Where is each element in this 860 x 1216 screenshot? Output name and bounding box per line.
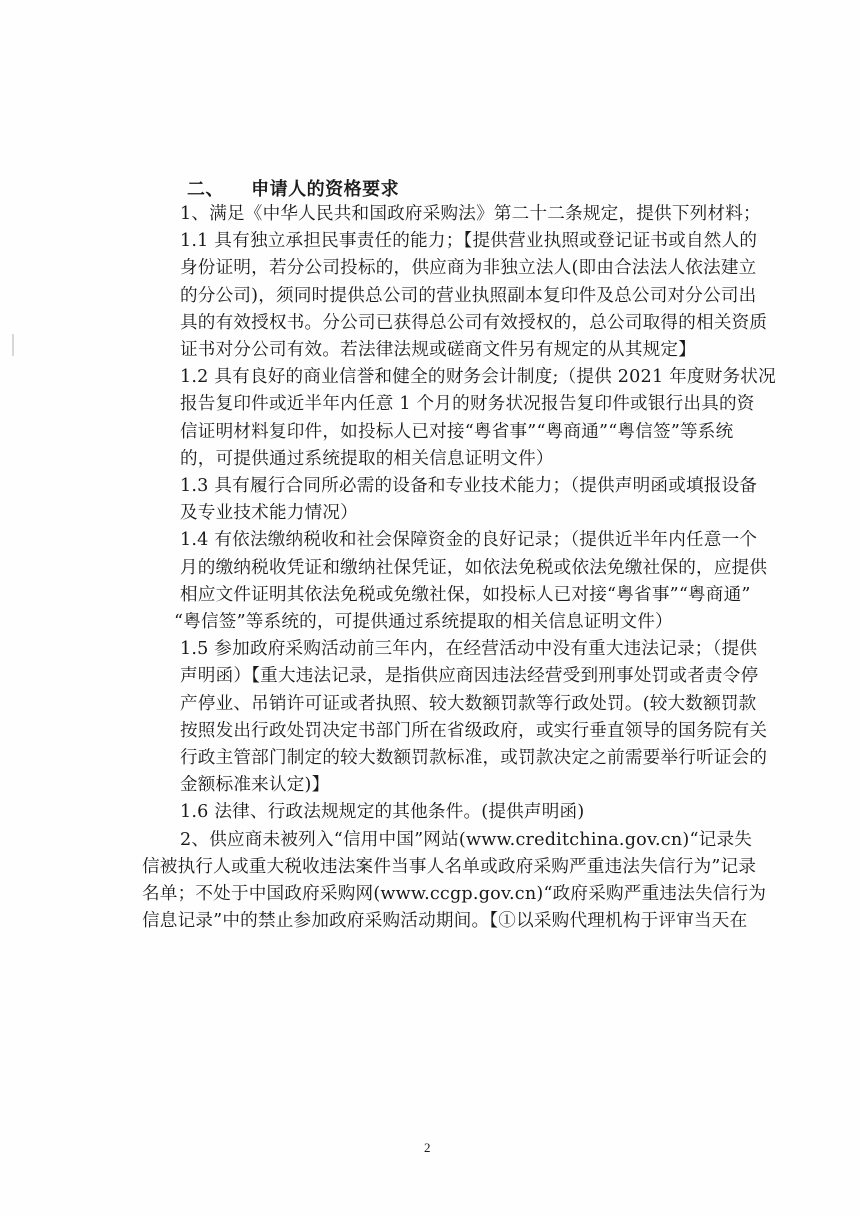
page-number: 2 [424, 1140, 431, 1156]
paragraph-line: 声明函）【重大违法记录，是指供应商因违法经营受到刑事处罚或者责令停 [180, 665, 758, 687]
paragraph-line: 相应文件证明其依法免税或免缴社保，如投标人已对接“粤省事”“粤商通” [180, 584, 751, 606]
paragraph-line: 金额标准来认定)】 [180, 774, 329, 796]
paragraph-line: 1.4 有依法缴纳税收和社会保障资金的良好记录；（提供近半年内任意一个 [180, 529, 757, 551]
paragraph-line: 行政主管部门制定的较大数额罚款标准，或罚款决定之前需要举行听证会的 [180, 747, 767, 769]
paragraph-line: 1.5 参加政府采购活动前三年内，在经营活动中没有重大违法记录；（提供 [180, 638, 757, 660]
paragraph-line: “粤信签”等系统的，可提供通过系统提取的相关信息证明文件） [174, 611, 673, 633]
scan-artifact [12, 334, 14, 356]
paragraph-line: 月的缴纳税收凭证和缴纳社保凭证，如依法免税或依法免缴社保的，应提供 [180, 557, 767, 579]
paragraph-line: 身份证明，若分公司投标的，供应商为非独立法人(即由合法法人依法建立 [180, 257, 756, 279]
paragraph-line: 名单；不处于中国政府采购网(www.ccgp.gov.cn)“政府采购严重违法失… [142, 883, 766, 905]
paragraph-line: 2、供应商未被列入“信用中国”网站(www.creditchina.gov.cn… [180, 829, 752, 851]
paragraph-line: 按照发出行政处罚决定书部门所在省级政府，或实行垂直领导的国务院有关 [180, 720, 767, 742]
paragraph-line: 产停业、吊销许可证或者执照、较大数额罚款等行政处罚。(较大数额罚款 [180, 693, 756, 715]
paragraph-line: 的分公司)，须同时提供总公司的营业执照副本复印件及总公司对分公司出 [180, 285, 756, 307]
paragraph-line: 报告复印件或近半年内任意 1 个月的财务状况报告复印件或银行出具的资 [180, 393, 755, 415]
paragraph-line: 的，可提供通过系统提取的相关信息证明文件） [180, 448, 554, 470]
paragraph-line: 1、满足《中华人民共和国政府采购法》第二十二条规定，提供下列材料； [180, 203, 738, 225]
paragraph-line: 信被执行人或重大税收违法案件当事人名单或政府采购严重违法失信行为”记录 [142, 856, 756, 878]
paragraph-line: 1.1 具有独立承担民事责任的能力；【提供营业执照或登记证书或自然人的 [180, 230, 757, 252]
paragraph-line: 1.2 具有良好的商业信誉和健全的财务会计制度;（提供 2021 年度财务状况 [180, 366, 776, 388]
paragraph-line: 1.6 法律、行政法规规定的其他条件。(提供声明函) [180, 801, 584, 823]
section-heading: 二、 申请人的资格要求 [187, 175, 399, 201]
paragraph-line: 具的有效授权书。分公司已获得总公司有效授权的，总公司取得的相关资质 [180, 312, 767, 334]
document-page: 二、 申请人的资格要求 1、满足《中华人民共和国政府采购法》第二十二条规定，提供… [0, 0, 860, 1216]
paragraph-line: 信息记录”中的禁止参加政府采购活动期间。【①以采购代理机构于评审当天在 [142, 910, 747, 932]
paragraph-line: 证书对分公司有效。若法律法规或磋商文件另有规定的从其规定】 [180, 339, 696, 361]
paragraph-line: 及专业技术能力情况） [180, 502, 358, 524]
paragraph-line: 信证明材料复印件，如投标人已对接“粤省事”“粤商通”“粤信签”等系统 [180, 421, 733, 443]
paragraph-line: 1.3 具有履行合同所必需的设备和专业技术能力；（提供声明函或填报设备 [180, 475, 757, 497]
